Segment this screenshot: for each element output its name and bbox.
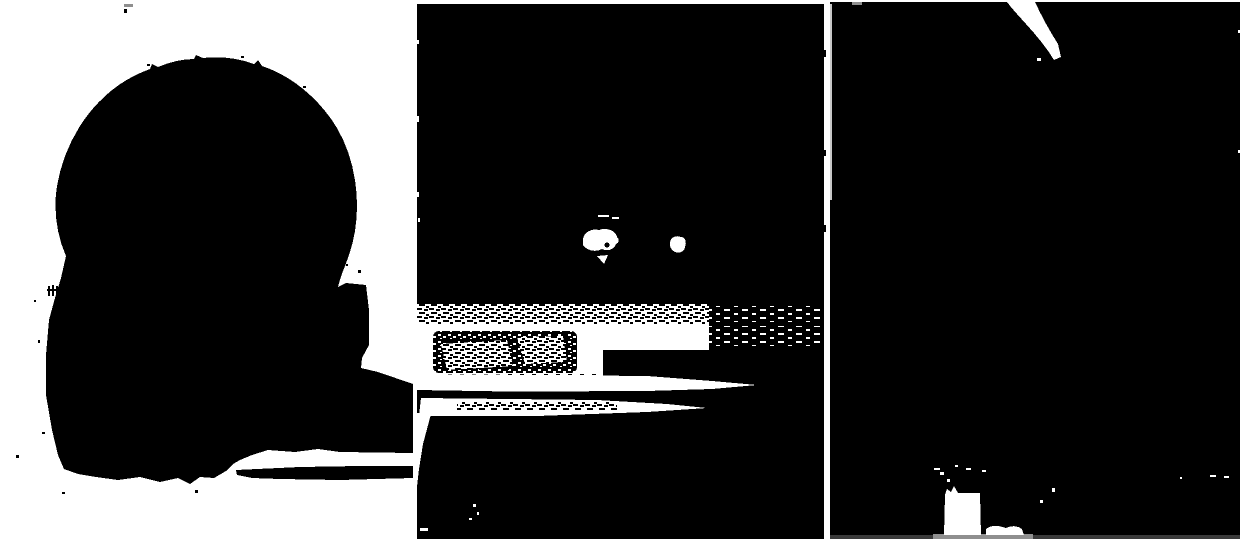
plate-hatch-speckle	[441, 340, 513, 370]
photo-panel-dark-scene	[830, 2, 1240, 543]
band-upper-right-dashes	[709, 306, 824, 322]
blob-left	[583, 229, 619, 251]
dome-panel-canvas	[0, 0, 417, 546]
streak-speck	[1037, 58, 1041, 61]
arm-slot-highlight	[250, 453, 413, 466]
photo-panel-bands	[417, 4, 827, 539]
bands-panel-canvas	[417, 4, 827, 539]
band-upper-speckle	[417, 304, 709, 324]
dark-scene-canvas	[830, 2, 1240, 543]
photo-panel-dome	[0, 0, 417, 546]
bright-block	[944, 486, 981, 535]
blob-left-hole	[605, 243, 610, 248]
plate-blob-speckle	[517, 336, 567, 364]
dark-background	[417, 4, 824, 539]
figure-root	[0, 0, 1240, 546]
hash-artifact	[47, 285, 59, 296]
dome-silhouette	[46, 55, 413, 484]
top-dash-artifact	[124, 4, 133, 7]
band-main-right-dashes	[709, 326, 824, 346]
highlight-dash-1	[598, 215, 609, 217]
left-edge-line	[830, 4, 832, 200]
top-dash-artifact	[852, 2, 862, 5]
dark-background	[830, 2, 1240, 538]
arm-lower-bar	[236, 466, 413, 480]
ground-line	[830, 535, 1240, 539]
wedge2-speckle	[457, 402, 617, 410]
highlight-dash-2	[612, 217, 619, 219]
